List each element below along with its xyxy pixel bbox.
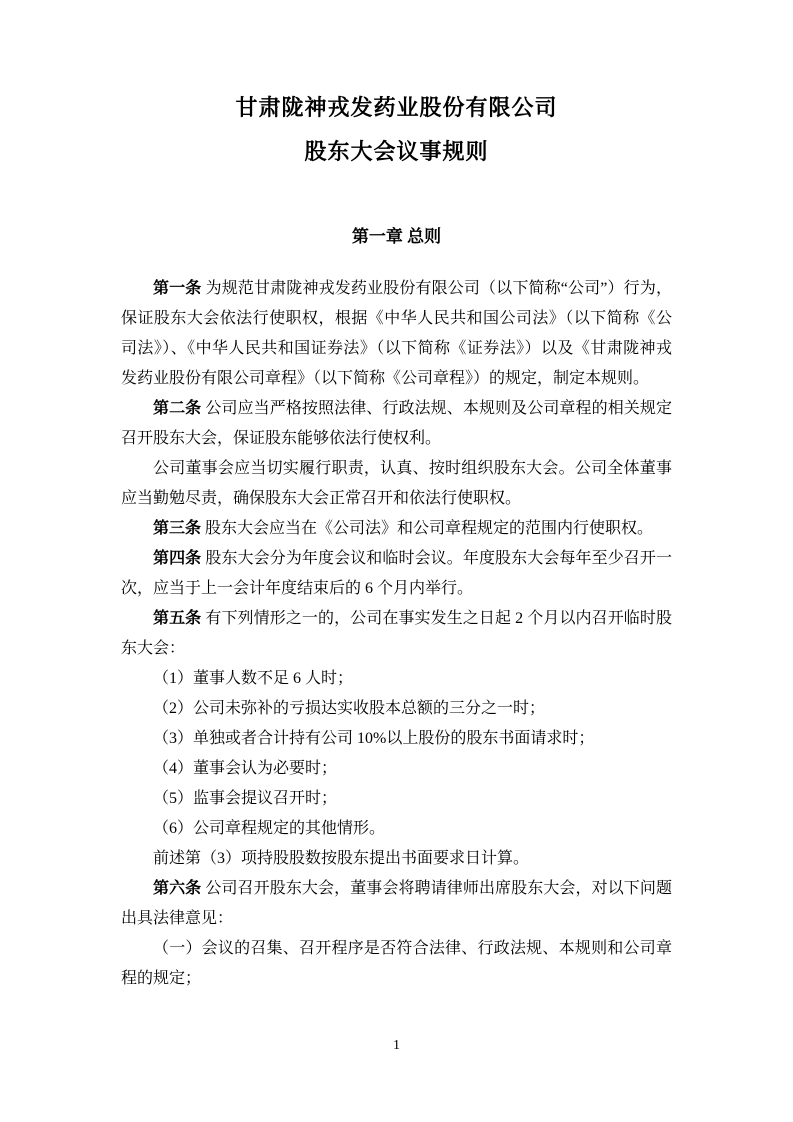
paragraph: 第四条 股东大会分为年度会议和临时会议。年度股东大会每年至少召开一次，应当于上一…	[121, 544, 672, 604]
chapter-heading: 第一章 总则	[0, 224, 793, 250]
paragraph-text: （4）董事会认为必要时；	[153, 760, 337, 777]
paragraph-text: 为规范甘肃陇神戎发药业股份有限公司（以下简称“公司”）行为，保证股东大会依法行使…	[121, 280, 672, 387]
paragraph-text: 有下列情形之一的，公司在事实发生之日起 2 个月以内召开临时股东大会：	[121, 610, 672, 657]
paragraph-text: （1）董事人数不足 6 人时；	[153, 670, 353, 687]
page-number: 1	[393, 1038, 400, 1053]
paragraph: 第三条 股东大会应当在《公司法》和公司章程规定的范围内行使职权。	[121, 514, 672, 544]
paragraph: 第一条 为规范甘肃陇神戎发药业股份有限公司（以下简称“公司”）行为，保证股东大会…	[121, 274, 672, 394]
paragraph-text: 公司召开股东大会，董事会将聘请律师出席股东大会，对以下问题出具法律意见：	[121, 880, 672, 927]
paragraph-text: 公司应当严格按照法律、行政法规、本规则及公司章程的相关规定召开股东大会，保证股东…	[121, 400, 672, 447]
article-number: 第五条	[153, 610, 201, 627]
paragraph: （4）董事会认为必要时；	[121, 754, 672, 784]
page-title: 甘肃陇神戎发药业股份有限公司	[0, 0, 793, 124]
paragraph: 前述第（3）项持股股数按股东提出书面要求日计算。	[121, 844, 672, 874]
paragraph: 第二条 公司应当严格按照法律、行政法规、本规则及公司章程的相关规定召开股东大会，…	[121, 394, 672, 454]
paragraph: （2）公司未弥补的亏损达实收股本总额的三分之一时；	[121, 694, 672, 724]
document-subtitle: 股东大会议事规则	[0, 136, 793, 168]
article-number: 第三条	[153, 520, 201, 537]
article-number: 第六条	[153, 880, 201, 897]
paragraph: 第六条 公司召开股东大会，董事会将聘请律师出席股东大会，对以下问题出具法律意见：	[121, 874, 672, 934]
document-body: 第一条 为规范甘肃陇神戎发药业股份有限公司（以下简称“公司”）行为，保证股东大会…	[121, 274, 672, 994]
paragraph: （5）监事会提议召开时；	[121, 784, 672, 814]
paragraph-text: 公司董事会应当切实履行职责，认真、按时组织股东大会。公司全体董事应当勤勉尽责，确…	[121, 460, 672, 507]
paragraph-text: （一）会议的召集、召开程序是否符合法律、行政法规、本规则和公司章程的规定；	[121, 940, 672, 987]
paragraph: 第五条 有下列情形之一的，公司在事实发生之日起 2 个月以内召开临时股东大会：	[121, 604, 672, 664]
paragraph: 公司董事会应当切实履行职责，认真、按时组织股东大会。公司全体董事应当勤勉尽责，确…	[121, 454, 672, 514]
article-number: 第一条	[153, 280, 201, 297]
article-number: 第四条	[153, 550, 201, 567]
paragraph-text: （2）公司未弥补的亏损达实收股本总额的三分之一时；	[153, 700, 545, 717]
paragraph-text: （6）公司章程规定的其他情形。	[153, 820, 385, 837]
paragraph: （6）公司章程规定的其他情形。	[121, 814, 672, 844]
paragraph-text: （3）单独或者合计持有公司 10%以上股份的股东书面请求时；	[153, 730, 594, 747]
article-number: 第二条	[153, 400, 201, 417]
paragraph-text: （5）监事会提议召开时；	[153, 790, 337, 807]
page-footer: 1	[0, 1036, 793, 1056]
paragraph-text: 股东大会应当在《公司法》和公司章程规定的范围内行使职权。	[201, 520, 653, 537]
document-page: 甘肃陇神戎发药业股份有限公司 股东大会议事规则 第一章 总则 第一条 为规范甘肃…	[0, 0, 793, 1122]
paragraph: （3）单独或者合计持有公司 10%以上股份的股东书面请求时；	[121, 724, 672, 754]
paragraph: （1）董事人数不足 6 人时；	[121, 664, 672, 694]
paragraph-text: 前述第（3）项持股股数按股东提出书面要求日计算。	[153, 850, 529, 867]
paragraph-text: 股东大会分为年度会议和临时会议。年度股东大会每年至少召开一次，应当于上一会计年度…	[121, 550, 672, 597]
paragraph: （一）会议的召集、召开程序是否符合法律、行政法规、本规则和公司章程的规定；	[121, 934, 672, 994]
